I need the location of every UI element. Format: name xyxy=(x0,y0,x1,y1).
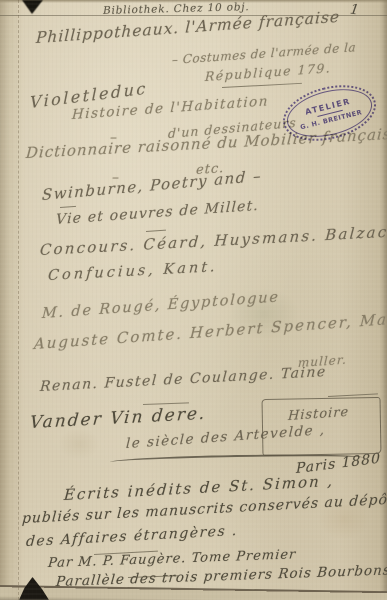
histoire-box xyxy=(262,397,382,456)
handwriting-line: Concours. Céard, Huysmans. Balzac xyxy=(39,223,387,259)
handwriting-line: Vander Vin dere. xyxy=(29,404,207,433)
book-corner-top-icon xyxy=(22,0,43,14)
underline-mark xyxy=(60,206,76,208)
handwriting-line: M. de Rougé, Égyptologue xyxy=(42,289,281,322)
handwriting-line: République 179. xyxy=(205,60,332,84)
handwriting-line: Renan. Fustel de Coulange. Taine xyxy=(39,364,327,395)
page-right-edge xyxy=(380,0,387,600)
handwriting-line: Swinburne, Poetry and – xyxy=(42,167,263,204)
underline-mark xyxy=(222,83,302,88)
binding-crease xyxy=(18,0,21,600)
handwriting-line: des Affaires étrangères . xyxy=(25,523,238,550)
underline-mark xyxy=(146,230,166,232)
handwriting-line: Confucius, Kant. xyxy=(47,259,218,284)
paper-stain xyxy=(58,428,100,460)
notebook-page: Bibliothek. Chez 10 obj. 1 Phillippothea… xyxy=(0,0,387,600)
handwriting-line: Vie et oeuvres de Millet. xyxy=(56,198,260,228)
